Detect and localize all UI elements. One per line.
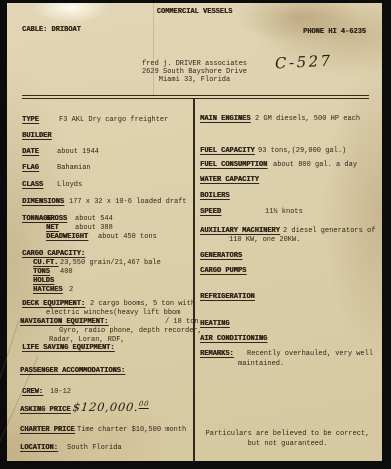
field-main-engines-value: 2 GM diesels, 500 HP each: [255, 115, 360, 123]
field-tonnage-net-value: about 388: [75, 224, 113, 232]
field-deck-equipment-label: DECK EQUIPMENT:: [22, 300, 85, 308]
field-auxiliary-label: AUXILIARY MACHINERY: [200, 227, 280, 235]
field-remarks-value-1: Recently overhauled, very well: [247, 350, 373, 358]
field-fuel-capacity-label: FUEL CAPACITY: [200, 147, 255, 155]
field-remarks-value-2: maintained.: [238, 360, 284, 368]
disclaimer-line-1: Particulars are believed to be correct,: [193, 430, 382, 438]
field-speed-label: SPEED: [200, 208, 221, 216]
field-type-label: TYPE: [22, 116, 39, 124]
photo-frame: COMMERCIAL VESSELS CABLE: DRIBOAT PHONE …: [0, 0, 391, 469]
field-navigation-value-2: Radar, Loran, RDF,: [49, 336, 125, 344]
field-charter-price-value: Time charter $10,500 month: [77, 426, 186, 434]
phone-number: PHONE HI 4-6235: [303, 28, 366, 36]
paper-crease: [0, 321, 19, 464]
field-date-label: DATE: [22, 148, 39, 156]
field-tonnage-deadweight-label: DEADWEIGHT: [46, 233, 88, 241]
field-crew-label: CREW:: [22, 388, 43, 396]
field-asking-price-label: ASKING PRICE: [20, 406, 70, 414]
field-cargo-capacity-label: CARGO CAPACITY:: [22, 250, 85, 258]
field-navigation-note: / 18 ton: [165, 318, 199, 326]
field-class-value: Lloyds: [57, 181, 82, 189]
field-refrigeration-label: REFRIGERATION: [200, 293, 255, 301]
double-rule: [22, 95, 369, 99]
field-fuel-capacity-value: 93 tons,(29,000 gal.): [258, 147, 346, 155]
field-flag-label: FLAG: [22, 164, 39, 172]
field-tonnage-gross-label: GROSS: [46, 215, 67, 223]
file-number-handwritten: C-527: [275, 56, 333, 67]
field-water-capacity-label: WATER CAPACITY: [200, 176, 259, 184]
field-flag-value: Bahamian: [57, 164, 91, 172]
field-heating-label: HEATING: [200, 320, 229, 328]
field-cargo-hatches-label: HATCHES: [33, 286, 62, 294]
field-auxiliary-value-2: 110 KW, one 20KW.: [229, 236, 300, 244]
field-dimensions-label: DIMENSIONS: [22, 198, 64, 206]
field-main-engines-label: MAIN ENGINES: [200, 115, 250, 123]
field-dimensions-value: 177 x 32 x 10-6 loaded draft: [69, 198, 187, 206]
field-life-saving-label: LIFE SAVING EQUIPMENT:: [22, 344, 114, 352]
asking-price-cents: 00: [138, 400, 149, 409]
field-cargo-cuft-value: 23,550 grain/21,467 bale: [60, 259, 161, 267]
field-deck-equipment-value-2: electric winches(heavy lift bbom: [46, 309, 180, 317]
field-air-conditioning-label: AIR CONDITIONING: [200, 335, 267, 343]
field-location-value: South Florida: [67, 444, 122, 452]
paper-fold: [153, 3, 154, 95]
field-auxiliary-value-1: 2 diesel generators of: [283, 227, 375, 235]
field-navigation-value-1: Gyro, radio phone, depth recorder,: [59, 327, 202, 335]
field-speed-value: 11½ knots: [265, 208, 303, 216]
field-cargo-cuft-label: CU.FT.: [33, 259, 58, 267]
field-charter-price-label: CHARTER PRICE: [20, 426, 75, 434]
field-class-label: CLASS: [22, 181, 43, 189]
cable-address: CABLE: DRIBOAT: [22, 26, 81, 34]
field-cargo-hatches-value: 2: [69, 286, 73, 294]
company-city: Miami 33, Florida: [7, 76, 382, 84]
field-fuel-consumption-value: about 800 gal. a day: [273, 161, 357, 169]
field-passenger-label: PASSENGER ACCOMMODATIONS:: [20, 367, 125, 375]
field-remarks-label: REMARKS:: [200, 350, 234, 358]
disclaimer-line-2: but not guaranteed.: [193, 440, 382, 448]
field-generators-label: GENERATORS: [200, 252, 242, 260]
column-divider: [193, 99, 195, 461]
field-tonnage-net-label: NET: [46, 224, 59, 232]
field-location-label: LOCATION:: [20, 444, 58, 452]
field-type-value: F3 AKL Dry cargo freighter: [59, 116, 168, 124]
field-deck-equipment-value-1: 2 cargo booms, 5 ton with: [90, 300, 195, 308]
page-title: COMMERCIAL VESSELS: [7, 8, 382, 16]
field-tonnage-gross-value: about 544: [75, 215, 113, 223]
scanned-document: COMMERCIAL VESSELS CABLE: DRIBOAT PHONE …: [7, 3, 382, 461]
field-builder-label: BUILDER: [22, 132, 51, 140]
field-date-value: about 1944: [57, 148, 99, 156]
field-crew-value: 10-12: [50, 388, 71, 396]
field-cargo-tons-label: TONS: [33, 268, 50, 276]
field-cargo-pumps-label: CARGO PUMPS: [200, 267, 246, 275]
field-tonnage-deadweight-value: about 450 tons: [98, 233, 157, 241]
field-fuel-consumption-label: FUEL CONSUMPTION: [200, 161, 267, 169]
field-cargo-tons-value: 400: [60, 268, 73, 276]
asking-price-amount: $120,000.: [72, 400, 139, 414]
field-boilers-label: BOILERS: [200, 192, 229, 200]
field-cargo-holds-label: HOLDS: [33, 277, 54, 285]
field-navigation-label: NAVIGATION EQUIPMENT:: [20, 318, 108, 326]
asking-price-handwritten: $120,000.00: [72, 400, 149, 411]
